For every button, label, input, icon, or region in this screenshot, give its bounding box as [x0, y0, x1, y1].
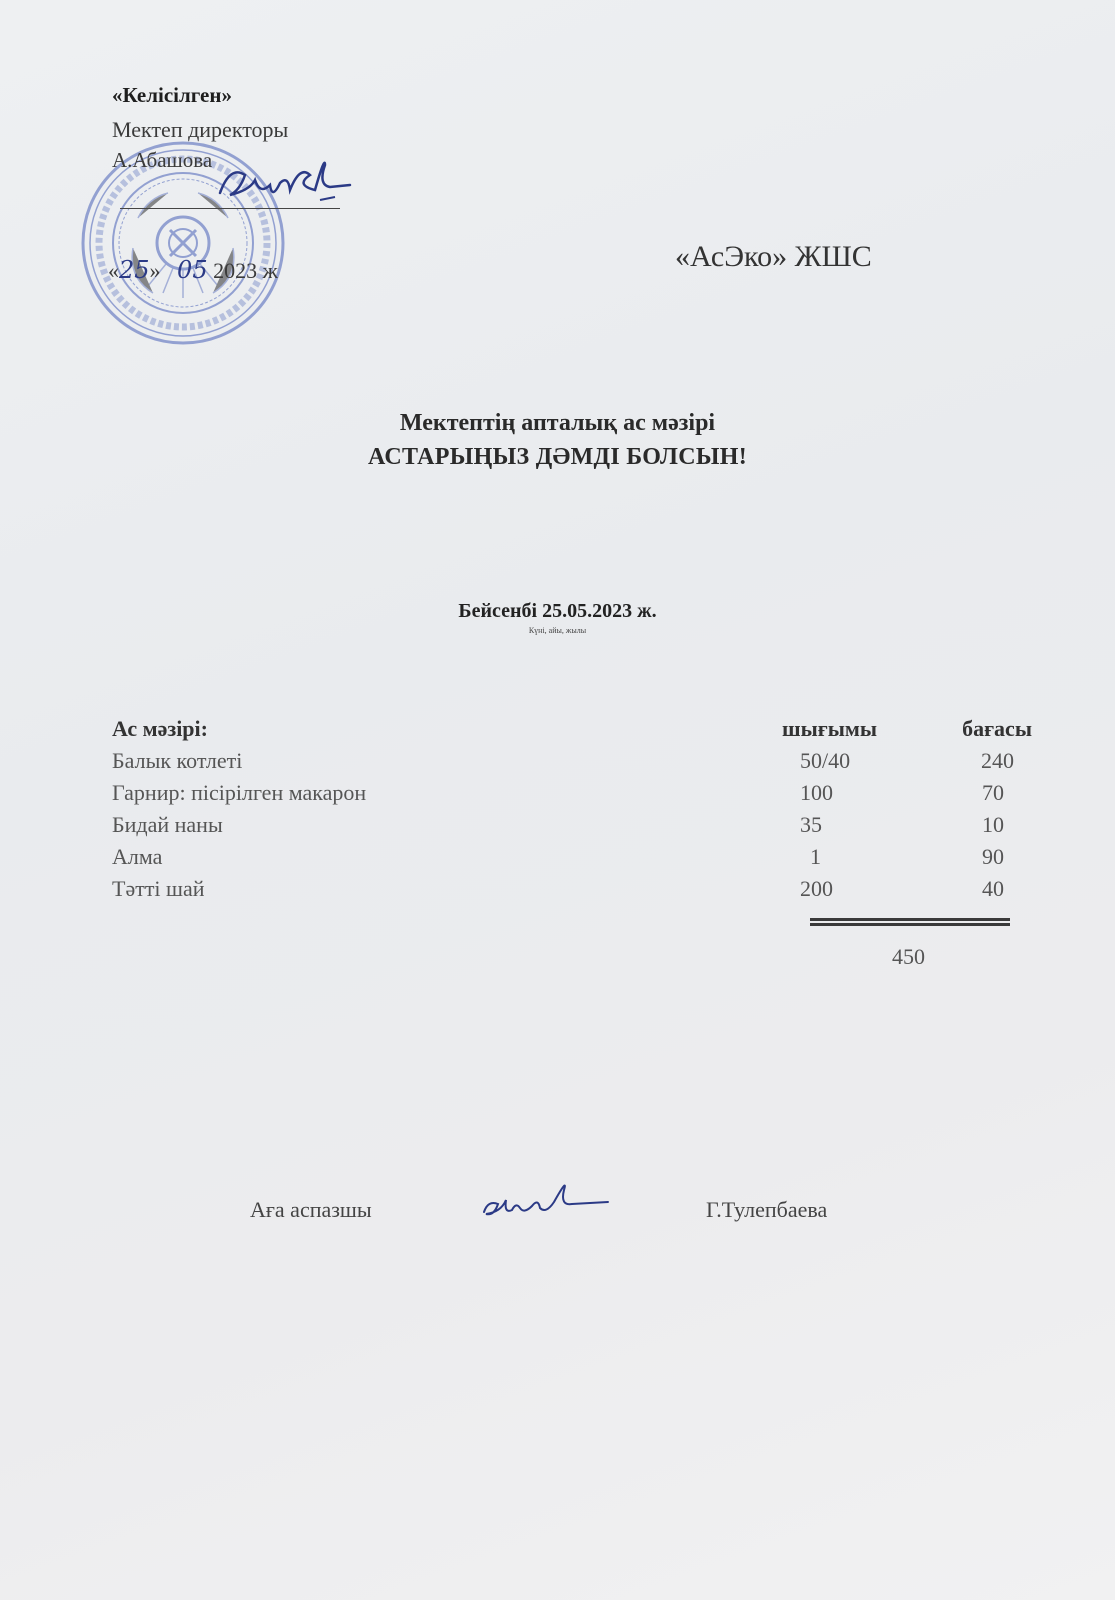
item-price: 240 — [981, 748, 1014, 774]
item-price: 90 — [982, 844, 1004, 870]
director-signature — [200, 145, 360, 215]
header-price: бағасы — [962, 716, 1032, 742]
chef-role: Аға аспазшы — [250, 1197, 372, 1223]
item-name: Алма — [112, 844, 162, 870]
approval-date: «25» 05 2023 ж — [108, 256, 278, 284]
item-yield: 200 — [800, 876, 833, 902]
menu-row: Гарнир: пісірілген макарон 100 70 — [112, 780, 1032, 812]
item-name: Балык котлеті — [112, 748, 242, 774]
date-caption: Күні, айы, жылы — [0, 626, 1115, 635]
header-name: Ас мәзірі: — [112, 716, 208, 742]
chef-name: Г.Тулепбаева — [706, 1197, 827, 1223]
approval-title: «Келісілген» — [112, 83, 232, 108]
item-price: 70 — [982, 780, 1004, 806]
item-price: 40 — [982, 876, 1004, 902]
item-price: 10 — [982, 812, 1004, 838]
approval-name: А.Абашова — [112, 148, 212, 173]
quote-close: » — [150, 258, 161, 283]
item-yield: 50/40 — [800, 748, 850, 774]
menu-row: Бидай наны 35 10 — [112, 812, 1032, 844]
menu-row: Тәтті шай 200 40 — [112, 876, 1032, 908]
company-name: «АсЭко» ЖШС — [675, 240, 872, 274]
approval-month: 05 — [177, 256, 208, 284]
chef-signature — [476, 1172, 616, 1222]
item-yield: 100 — [800, 780, 833, 806]
item-yield: 1 — [810, 844, 821, 870]
menu-row: Алма 1 90 — [112, 844, 1032, 876]
menu-row: Балык котлеті 50/40 240 — [112, 748, 1032, 780]
total-divider — [810, 918, 1010, 928]
day-date: Бейсенбі 25.05.2023 ж. — [0, 600, 1115, 623]
menu-table: Ас мәзірі: шығымы бағасы Балык котлеті 5… — [112, 716, 1032, 908]
menu-total: 450 — [892, 944, 925, 970]
item-name: Бидай наны — [112, 812, 223, 838]
document-subtitle: АСТАРЫҢЫЗ ДӘМДІ БОЛСЫН! — [0, 444, 1115, 471]
signature-line — [120, 208, 340, 209]
quote-open: « — [108, 258, 119, 283]
item-yield: 35 — [800, 812, 822, 838]
item-name: Тәтті шай — [112, 876, 205, 902]
menu-header-row: Ас мәзірі: шығымы бағасы — [112, 716, 1032, 748]
item-name: Гарнир: пісірілген макарон — [112, 780, 366, 806]
header-yield: шығымы — [782, 716, 877, 742]
approval-role: Мектеп директоры — [112, 117, 288, 143]
approval-day: 25 — [119, 256, 150, 284]
document-title: Мектептің апталық ас мәзірі — [0, 410, 1115, 437]
approval-year: 2023 ж — [213, 258, 278, 283]
